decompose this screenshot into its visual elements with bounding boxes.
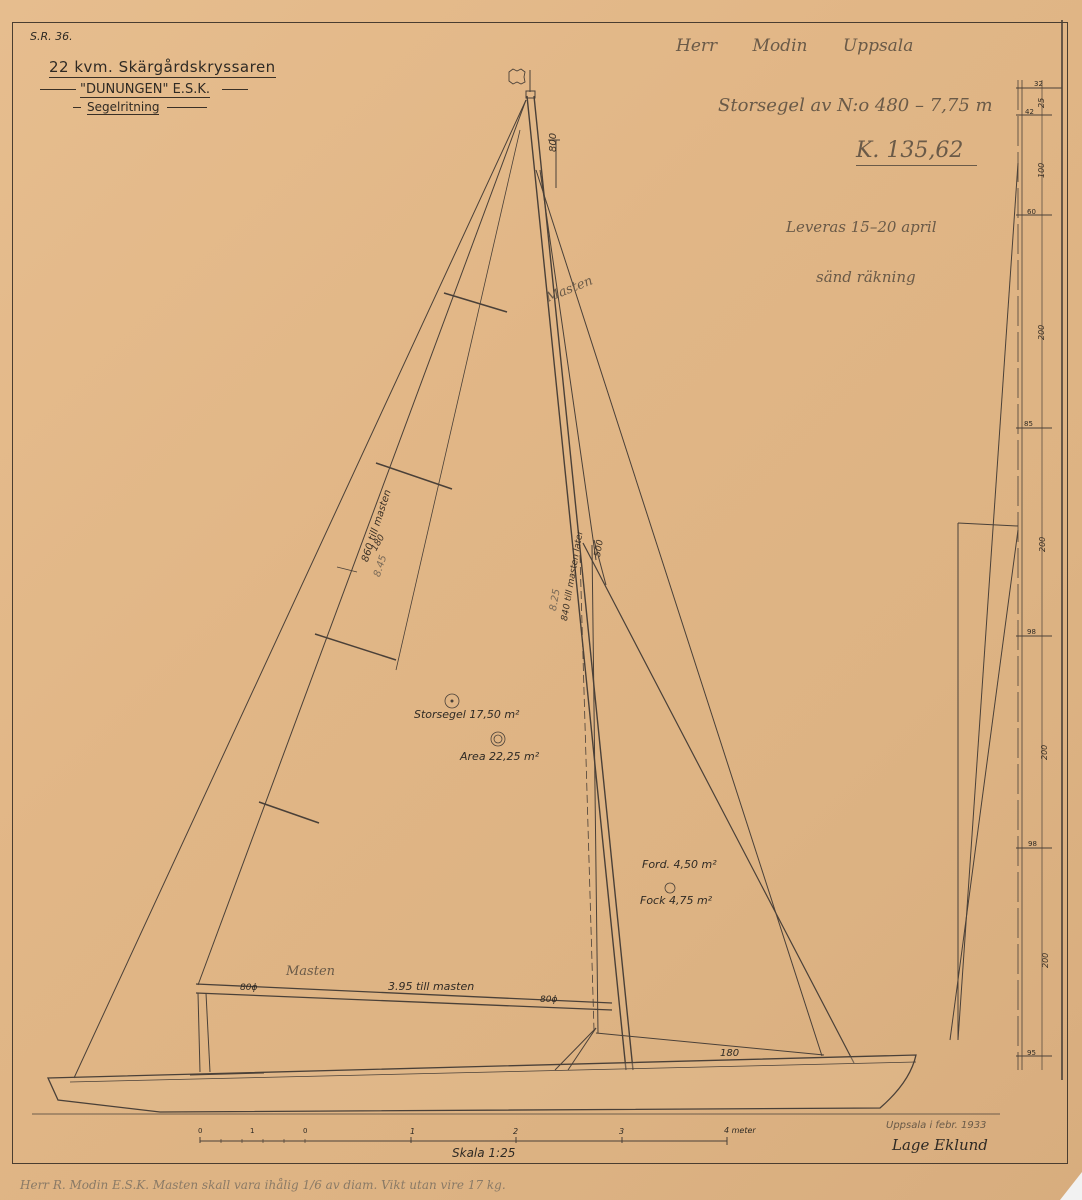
scale-tick-0b: 0 <box>303 1127 307 1135</box>
mast-dim-95: 95 <box>1027 1049 1036 1057</box>
scale-label: Skala 1:25 <box>452 1146 515 1160</box>
boom-diameter-1: 80ϕ <box>240 983 257 993</box>
scale-tick-2: 2 <box>513 1127 518 1136</box>
mast-dim-98a: 98 <box>1027 628 1036 636</box>
torn-corner <box>1060 1172 1082 1200</box>
total-centroid <box>491 732 505 746</box>
total-area: Area 22,25 m² <box>460 750 539 763</box>
burgee-flag <box>509 69 525 84</box>
mast-taper-left <box>958 163 1018 1040</box>
mast-dim-42: 42 <box>1025 108 1034 116</box>
sail-plan-drawing <box>0 0 1082 1200</box>
mast-top-dim: 800 <box>548 133 559 152</box>
batten-3 <box>315 634 396 660</box>
jib-luff <box>583 543 854 1063</box>
signature-name: Lage Eklund <box>892 1136 988 1154</box>
mast-dim-32: 32 <box>1034 80 1043 88</box>
jib-area: Fock 4,75 m² <box>640 894 712 907</box>
mainsail-area: Storsegel 17,50 m² <box>414 708 519 721</box>
scale-tick-half: 1 <box>250 1127 254 1135</box>
mainsail-leech <box>198 100 526 985</box>
scale-tick-3: 3 <box>619 1127 624 1136</box>
bottom-note: Herr R. Modin E.S.K. Masten skall vara i… <box>20 1178 506 1192</box>
deck-dim: 180 <box>720 1048 739 1059</box>
scale-tick-0a: 0 <box>198 1127 202 1135</box>
backstay <box>74 100 526 1078</box>
mast-seg-200d: 200 <box>1041 953 1050 968</box>
mast-dim-98b: 98 <box>1028 840 1037 848</box>
jib-centroid <box>665 883 675 893</box>
mast-seg-200b: 200 <box>1038 537 1047 552</box>
mast-seg-25: 25 <box>1037 98 1046 108</box>
mast-dim-85: 85 <box>1024 420 1033 428</box>
boom-diameter-2: 80ϕ <box>540 995 557 1005</box>
boom-length: 3.95 till masten <box>388 980 474 993</box>
fore-triangle-area: Ford. 4,50 m² <box>642 858 717 871</box>
scale-tick-4: 4 meter <box>724 1126 756 1135</box>
batten-1 <box>444 293 507 312</box>
hull <box>48 1055 916 1112</box>
place-date: Uppsala i febr. 1933 <box>886 1120 986 1131</box>
mast-seg-100: 100 <box>1037 163 1046 178</box>
mast-seg-200a: 200 <box>1037 325 1046 340</box>
boom-mark: Masten <box>286 964 335 979</box>
mast-seg-200c: 200 <box>1040 745 1049 760</box>
batten-4 <box>259 802 319 823</box>
mast-dim-60: 60 <box>1027 208 1036 216</box>
scale-tick-1: 1 <box>410 1127 415 1136</box>
